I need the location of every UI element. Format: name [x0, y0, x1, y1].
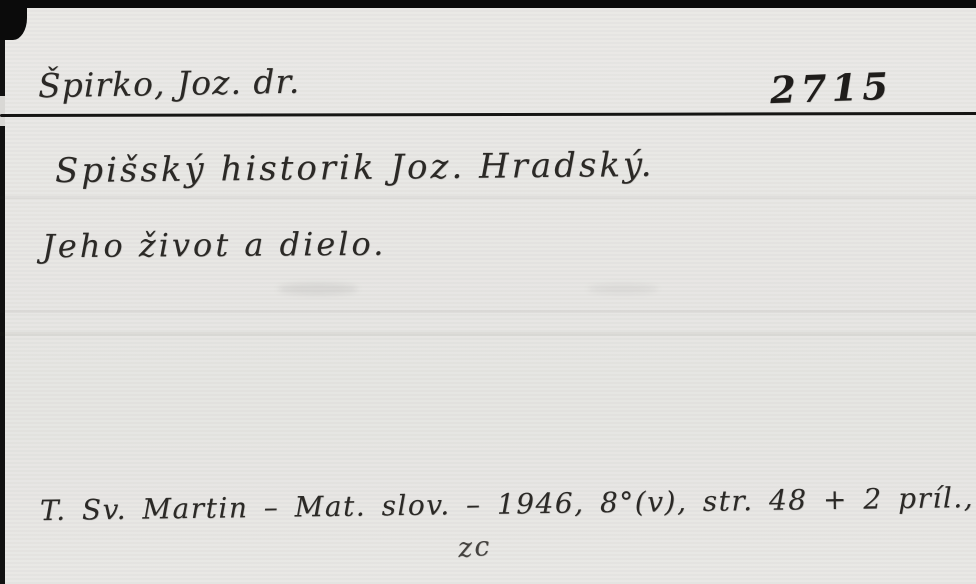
imprint-line: T. Sv. Martin – Mat. slov. – 1946, 8°(v)…: [40, 480, 976, 527]
catalog-number: 2715: [769, 64, 893, 112]
scan-streak: [0, 310, 976, 313]
scan-streak: [0, 196, 976, 199]
scan-edge-top: [0, 0, 976, 8]
annotation-mark: zc: [457, 531, 492, 564]
ruled-line: [0, 112, 976, 117]
scan-edge-gap: [0, 96, 5, 126]
scan-smudge: [278, 283, 358, 295]
author-heading: Špirko, Joz. dr.: [38, 62, 301, 106]
subtitle-line: Jeho život a dielo.: [42, 225, 387, 265]
scan-corner-mark: [0, 0, 27, 40]
catalog-card: Špirko, Joz. dr. 2715 Spišský historik J…: [0, 0, 976, 584]
scan-streak: [0, 332, 976, 336]
scan-smudge: [588, 284, 658, 294]
title-line: Spišský historik Joz. Hradský.: [55, 145, 655, 191]
scan-edge-left: [0, 0, 5, 584]
